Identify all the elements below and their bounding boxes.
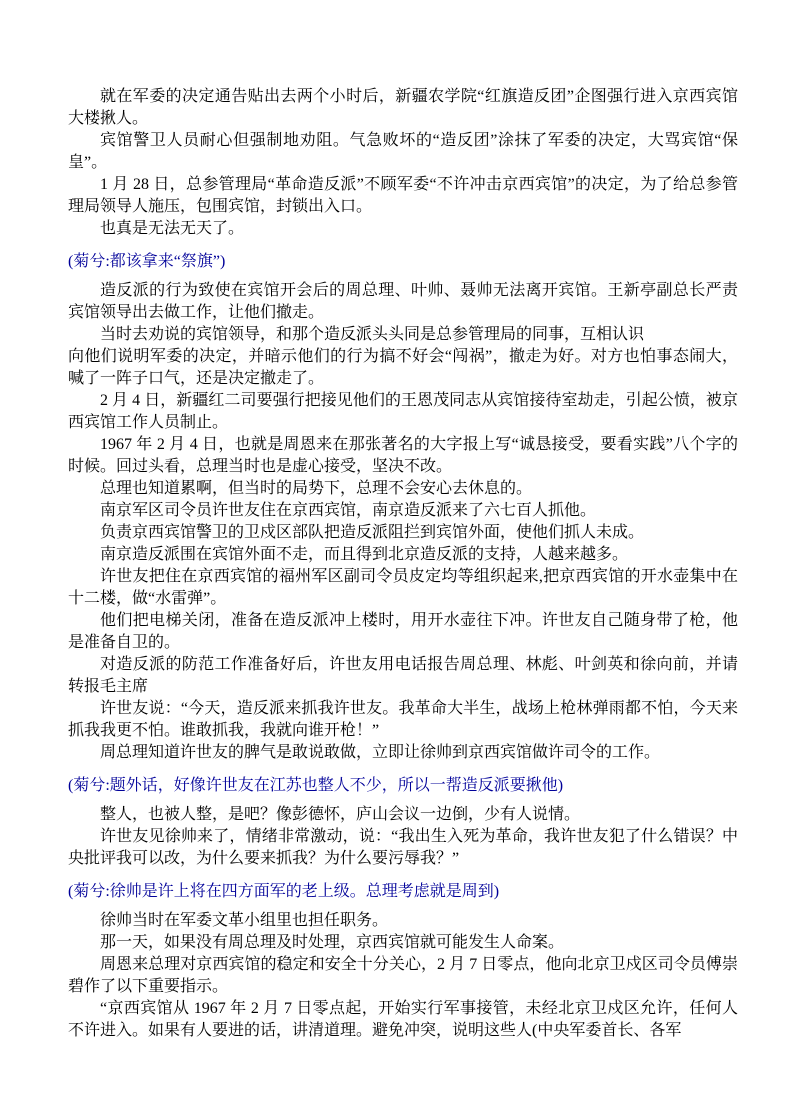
paragraph: 1967 年 2 月 4 日，也就是周恩来在那张著名的大字报上写“诚恳接受，要看… xyxy=(68,434,738,478)
paragraph: 也真是无法无天了。 xyxy=(68,218,738,240)
paragraph: 负责京西宾馆警卫的卫戍区部队把造反派阻拦到宾馆外面，使他们抓人未成。 xyxy=(68,522,738,544)
paragraph: 许世友见徐帅来了，情绪非常激动，说：“我出生入死为革命，我许世友犯了什么错误？中… xyxy=(68,826,738,870)
paragraph: 许世友说：“今天，造反派来抓我许世友。我革命大半生，战场上枪林弹雨都不怕，今天来… xyxy=(68,698,738,742)
paragraph: “京西宾馆从 1967 年 2 月 7 日零点起，开始实行军事接管，未经北京卫戍… xyxy=(68,998,738,1042)
document-page: 就在军委的决定通告贴出去两个小时后，新疆农学院“红旗造反团”企图强行进入京西宾馆… xyxy=(0,0,800,1100)
paragraph: 总理也知道累啊，但当时的局势下，总理不会安心去休息的。 xyxy=(68,478,738,500)
paragraph: 宾馆警卫人员耐心但强制地劝阻。气急败坏的“造反团”涂抹了军委的决定，大骂宾馆“保… xyxy=(68,130,738,174)
paragraph: 那一天，如果没有周总理及时处理，京西宾馆就可能发生人命案。 xyxy=(68,932,738,954)
paragraph: 徐帅当时在军委文革小组里也担任职务。 xyxy=(68,910,738,932)
paragraph: 1 月 28 日，总参管理局“革命造反派”不顾军委“不许冲击京西宾馆”的决定，为… xyxy=(68,174,738,218)
annotation-note: (菊兮:徐帅是许上将在四方面军的老上级。总理考虑就是周到) xyxy=(68,881,738,903)
paragraph: 对造反派的防范工作准备好后，许世友用电话报告周总理、林彪、叶剑英和徐向前，并请转… xyxy=(68,654,738,698)
annotation-note: (菊兮:题外话，好像许世友在江苏也整人不少，所以一帮造反派要揪他) xyxy=(68,775,738,797)
annotation-note: (菊兮:都该拿来“祭旗”) xyxy=(68,251,738,273)
paragraph: 造反派的行为致使在宾馆开会后的周总理、叶帅、聂帅无法离开宾馆。王新亭副总长严责宾… xyxy=(68,280,738,324)
paragraph: 南京造反派围在宾馆外面不走，而且得到北京造反派的支持，人越来越多。 xyxy=(68,544,738,566)
paragraph: 他们把电梯关闭，准备在造反派冲上楼时，用开水壶往下冲。许世友自己随身带了枪，他是… xyxy=(68,610,738,654)
paragraph: 南京军区司令员许世友住在京西宾馆，南京造反派来了六七百人抓他。 xyxy=(68,500,738,522)
paragraph: 周恩来总理对京西宾馆的稳定和安全十分关心，2 月 7 日零点，他向北京卫戍区司令… xyxy=(68,954,738,998)
paragraph: 周总理知道许世友的脾气是敢说敢做，立即让徐帅到京西宾馆做许司令的工作。 xyxy=(68,742,738,764)
paragraph: 2 月 4 日，新疆红二司要强行把接见他们的王恩茂同志从宾馆接待室劫走，引起公愤… xyxy=(68,390,738,434)
paragraph: 当时去劝说的宾馆领导，和那个造反派头头同是总参管理局的同事，互相认识 xyxy=(68,324,738,346)
paragraph: 向他们说明军委的决定，并暗示他们的行为搞不好会“闯祸”，撤走为好。对方也怕事态闹… xyxy=(68,346,738,390)
paragraph: 许世友把住在京西宾馆的福州军区副司令员皮定均等组织起来,把京西宾馆的开水壶集中在… xyxy=(68,566,738,610)
paragraph: 整人，也被人整，是吧？像彭德怀，庐山会议一边倒，少有人说情。 xyxy=(68,804,738,826)
paragraph: 就在军委的决定通告贴出去两个小时后，新疆农学院“红旗造反团”企图强行进入京西宾馆… xyxy=(68,86,738,130)
